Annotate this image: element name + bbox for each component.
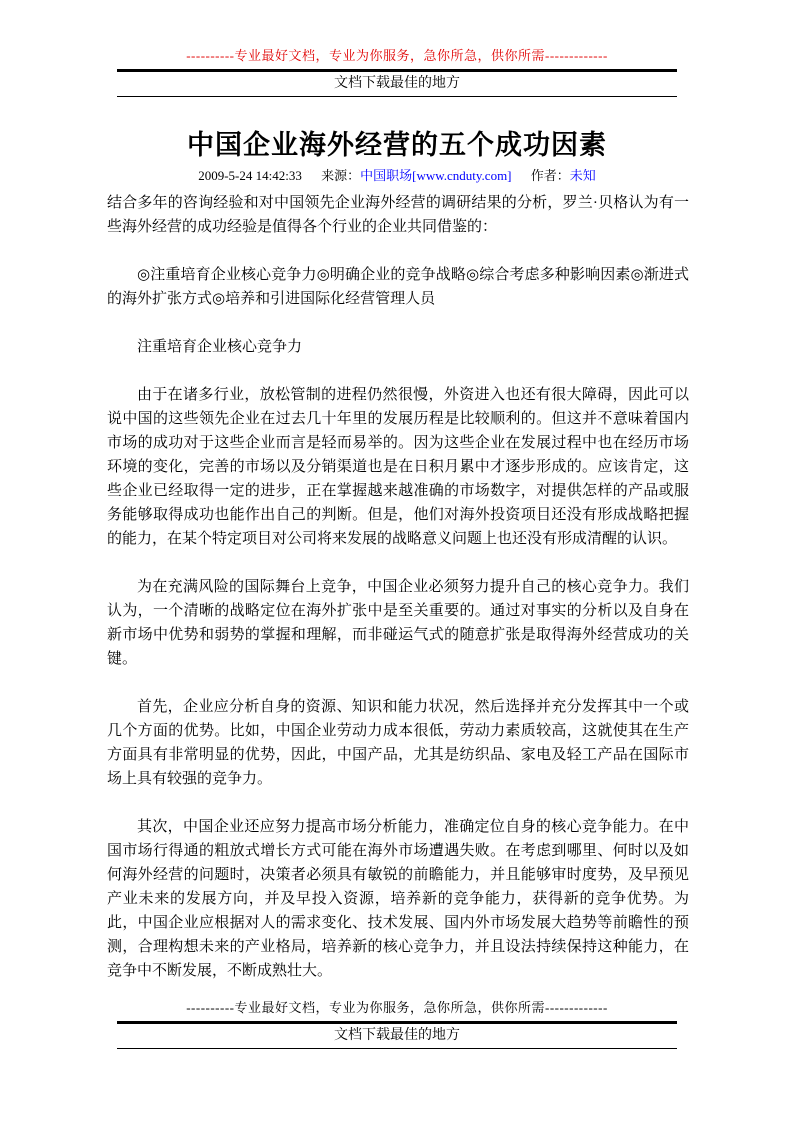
paragraph: 为在充满风险的国际舞台上竞争，中国企业必须努力提升自己的核心竞争力。我们认为，一… xyxy=(107,575,689,671)
footer-site-name: 文档下载最佳的地方 xyxy=(117,1027,677,1045)
meta-author-label: 作者： xyxy=(531,168,570,183)
header-thick-rule xyxy=(117,69,677,72)
meta-source-label: 来源： xyxy=(321,168,360,183)
document-page: ----------专业最好文档，专业为你服务，急你所急，供你所需-------… xyxy=(0,0,794,1123)
paragraph: ◎注重培育企业核心竞争力◎明确企业的竞争战略◎综合考虑多种影响因素◎渐进式的海外… xyxy=(107,263,689,311)
page-header: ----------专业最好文档，专业为你服务，急你所急，供你所需-------… xyxy=(117,48,677,97)
article-title: 中国企业海外经营的五个成功因素 xyxy=(107,128,687,162)
meta-datetime: 2009-5-24 14:42:33 xyxy=(198,168,302,183)
header-site-name: 文档下载最佳的地方 xyxy=(117,75,677,93)
footer-thick-rule xyxy=(117,1021,677,1024)
page-footer: ----------专业最好文档，专业为你服务，急你所急，供你所需-------… xyxy=(117,1000,677,1049)
footer-slogan: ----------专业最好文档，专业为你服务，急你所急，供你所需-------… xyxy=(117,1000,677,1016)
paragraph: 结合多年的咨询经验和对中国领先企业海外经营的调研结果的分析，罗兰·贝格认为有一些… xyxy=(107,191,689,239)
header-slogan: ----------专业最好文档，专业为你服务，急你所急，供你所需-------… xyxy=(117,48,677,64)
article-meta: 2009-5-24 14:42:33 来源：中国职场[www.cnduty.co… xyxy=(107,168,687,184)
meta-author-link[interactable]: 未知 xyxy=(570,168,596,183)
paragraph: 首先，企业应分析自身的资源、知识和能力状况，然后选择并充分发挥其中一个或几个方面… xyxy=(107,695,689,791)
meta-author: 作者：未知 xyxy=(531,168,596,183)
meta-source-link[interactable]: 中国职场[www.cnduty.com] xyxy=(360,168,511,183)
meta-source: 来源：中国职场[www.cnduty.com] xyxy=(321,168,511,183)
header-thin-rule xyxy=(117,96,677,97)
article-body: 结合多年的咨询经验和对中国领先企业海外经营的调研结果的分析，罗兰·贝格认为有一些… xyxy=(107,191,689,983)
paragraph: 其次，中国企业还应努力提高市场分析能力，准确定位自身的核心竞争能力。在中国市场行… xyxy=(107,815,689,983)
paragraph: 由于在诸多行业，放松管制的进程仍然很慢，外资进入也还有很大障碍，因此可以说中国的… xyxy=(107,383,689,551)
paragraph: 注重培育企业核心竞争力 xyxy=(107,335,689,359)
footer-thin-rule xyxy=(117,1048,677,1049)
